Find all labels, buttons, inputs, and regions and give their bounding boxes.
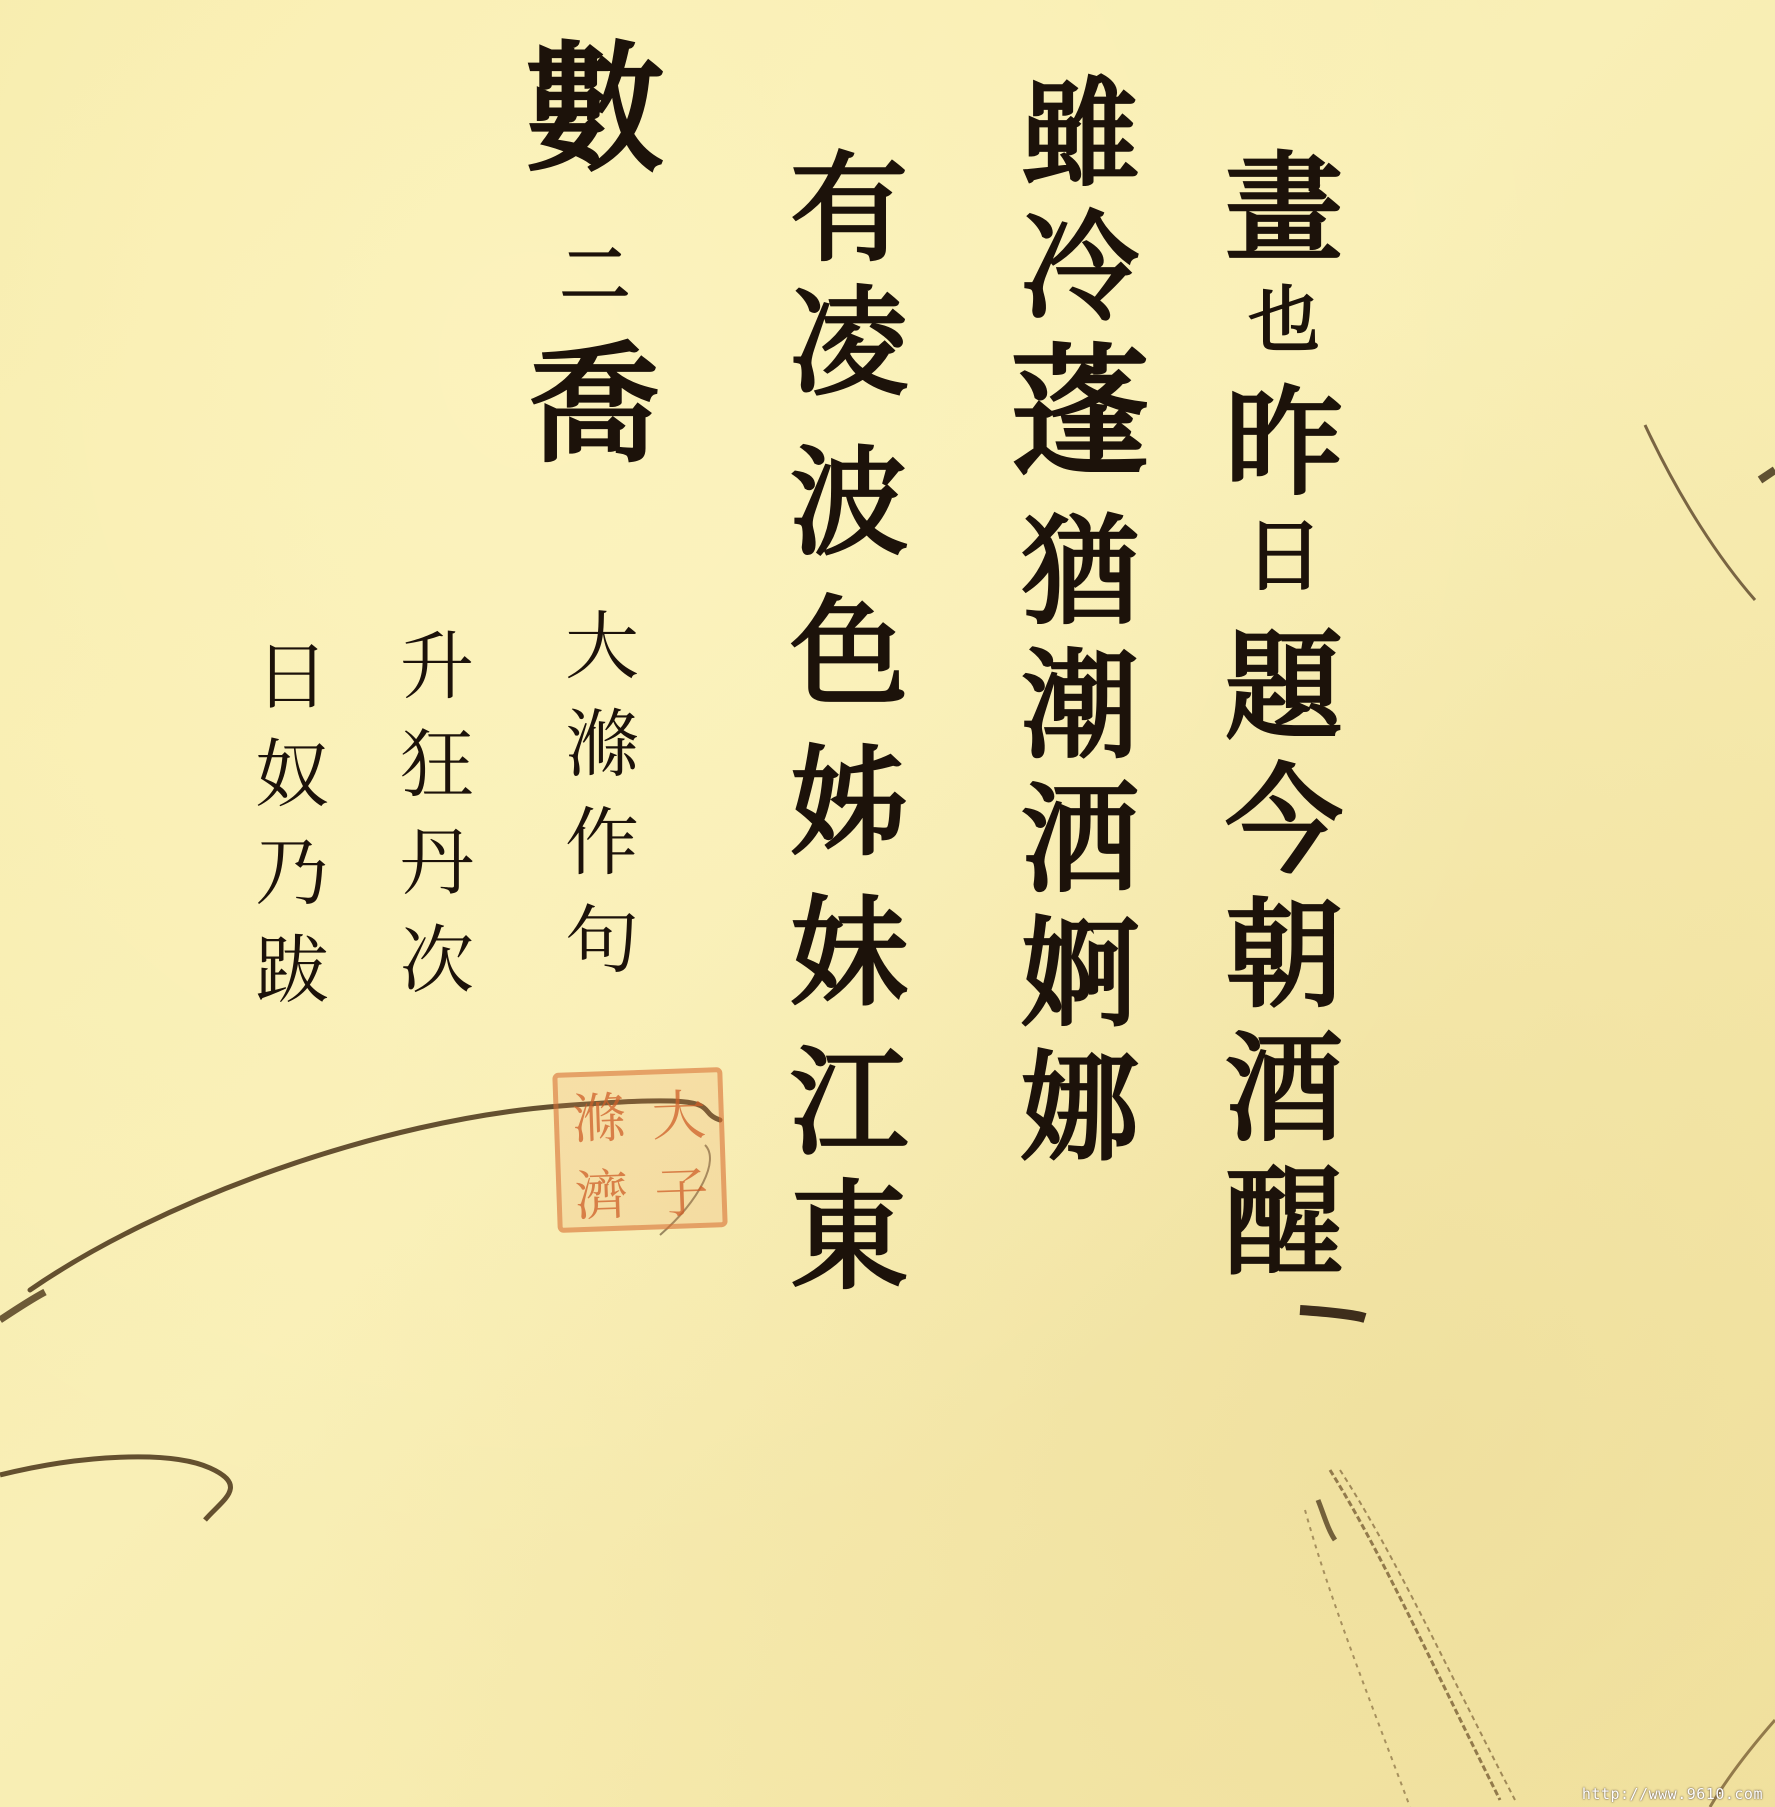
inscription-char: 東 [790, 1178, 908, 1312]
inscription-char: 婀 [1021, 915, 1139, 1049]
signature-column-1: 大 滌 作 句 [565, 610, 639, 1002]
signature-char: 次 [400, 924, 474, 1022]
inscription-char: 蓬 [1010, 343, 1150, 513]
inscription-char: 二 [560, 240, 630, 340]
inscription-column-4: 數 二 喬 [525, 40, 665, 490]
signature-char: 狂 [400, 728, 474, 826]
signature-char: 升 [400, 630, 474, 728]
seal-char: 子 [640, 1149, 723, 1229]
signature-column-2: 升 狂 丹 次 [400, 630, 474, 1022]
seal-char: 濟 [560, 1152, 643, 1232]
inscription-char: 題 [1225, 628, 1343, 762]
inscription-char: 洒 [1021, 781, 1139, 915]
signature-char: 丹 [400, 826, 474, 924]
inscription-char: 酒 [1225, 1030, 1343, 1164]
calligraphy-paper: 畫 也 昨 日 題 今 朝 酒 醒 雖 冷 蓬 猶 潮 洒 婀 娜 有 凌 波 … [0, 0, 1775, 1807]
inscription-char: 畫 [1225, 150, 1343, 284]
inscription-char: 今 [1225, 762, 1343, 896]
inscription-char: 朝 [1225, 896, 1343, 1030]
inscription-char: 日 [1245, 518, 1323, 628]
inscription-char: 昨 [1225, 384, 1343, 518]
inscription-char: 醒 [1225, 1164, 1343, 1298]
inscription-char: 喬 [530, 340, 660, 490]
signature-char: 乃 [255, 836, 329, 934]
inscription-char: 姊 [790, 744, 908, 894]
inscription-char: 江 [790, 1044, 908, 1178]
site-watermark: http://www.9610.com [1582, 1785, 1763, 1803]
signature-char: 滌 [565, 708, 639, 806]
inscription-char: 娜 [1021, 1049, 1139, 1183]
inscription-char: 波 [790, 444, 908, 594]
inscription-char: 潮 [1021, 647, 1139, 781]
inscription-char: 雖 [1021, 75, 1139, 209]
seal-char: 大 [637, 1072, 720, 1152]
inscription-char: 也 [1248, 284, 1320, 384]
artist-seal: 滌 大 濟 子 [552, 1067, 727, 1233]
inscription-column-3: 有 凌 波 色 姊 妹 江 東 [790, 150, 908, 1312]
inscription-char: 猶 [1021, 513, 1139, 647]
signature-char: 大 [565, 610, 639, 708]
signature-column-3: 日 奴 乃 跋 [255, 640, 329, 1032]
seal-char: 滌 [557, 1075, 640, 1155]
signature-char: 作 [565, 806, 639, 904]
inscription-char: 色 [790, 594, 908, 744]
inscription-char: 凌 [790, 284, 908, 444]
inscription-char: 有 [790, 150, 908, 284]
inscription-column-2: 雖 冷 蓬 猶 潮 洒 婀 娜 [1010, 75, 1150, 1183]
signature-char: 日 [255, 640, 329, 738]
signature-char: 句 [565, 904, 639, 1002]
inscription-char: 冷 [1021, 209, 1139, 343]
inscription-char: 妹 [790, 894, 908, 1044]
signature-char: 跋 [255, 934, 329, 1032]
signature-char: 奴 [255, 738, 329, 836]
inscription-char: 數 [525, 40, 665, 240]
inscription-column-1: 畫 也 昨 日 題 今 朝 酒 醒 [1225, 150, 1343, 1298]
